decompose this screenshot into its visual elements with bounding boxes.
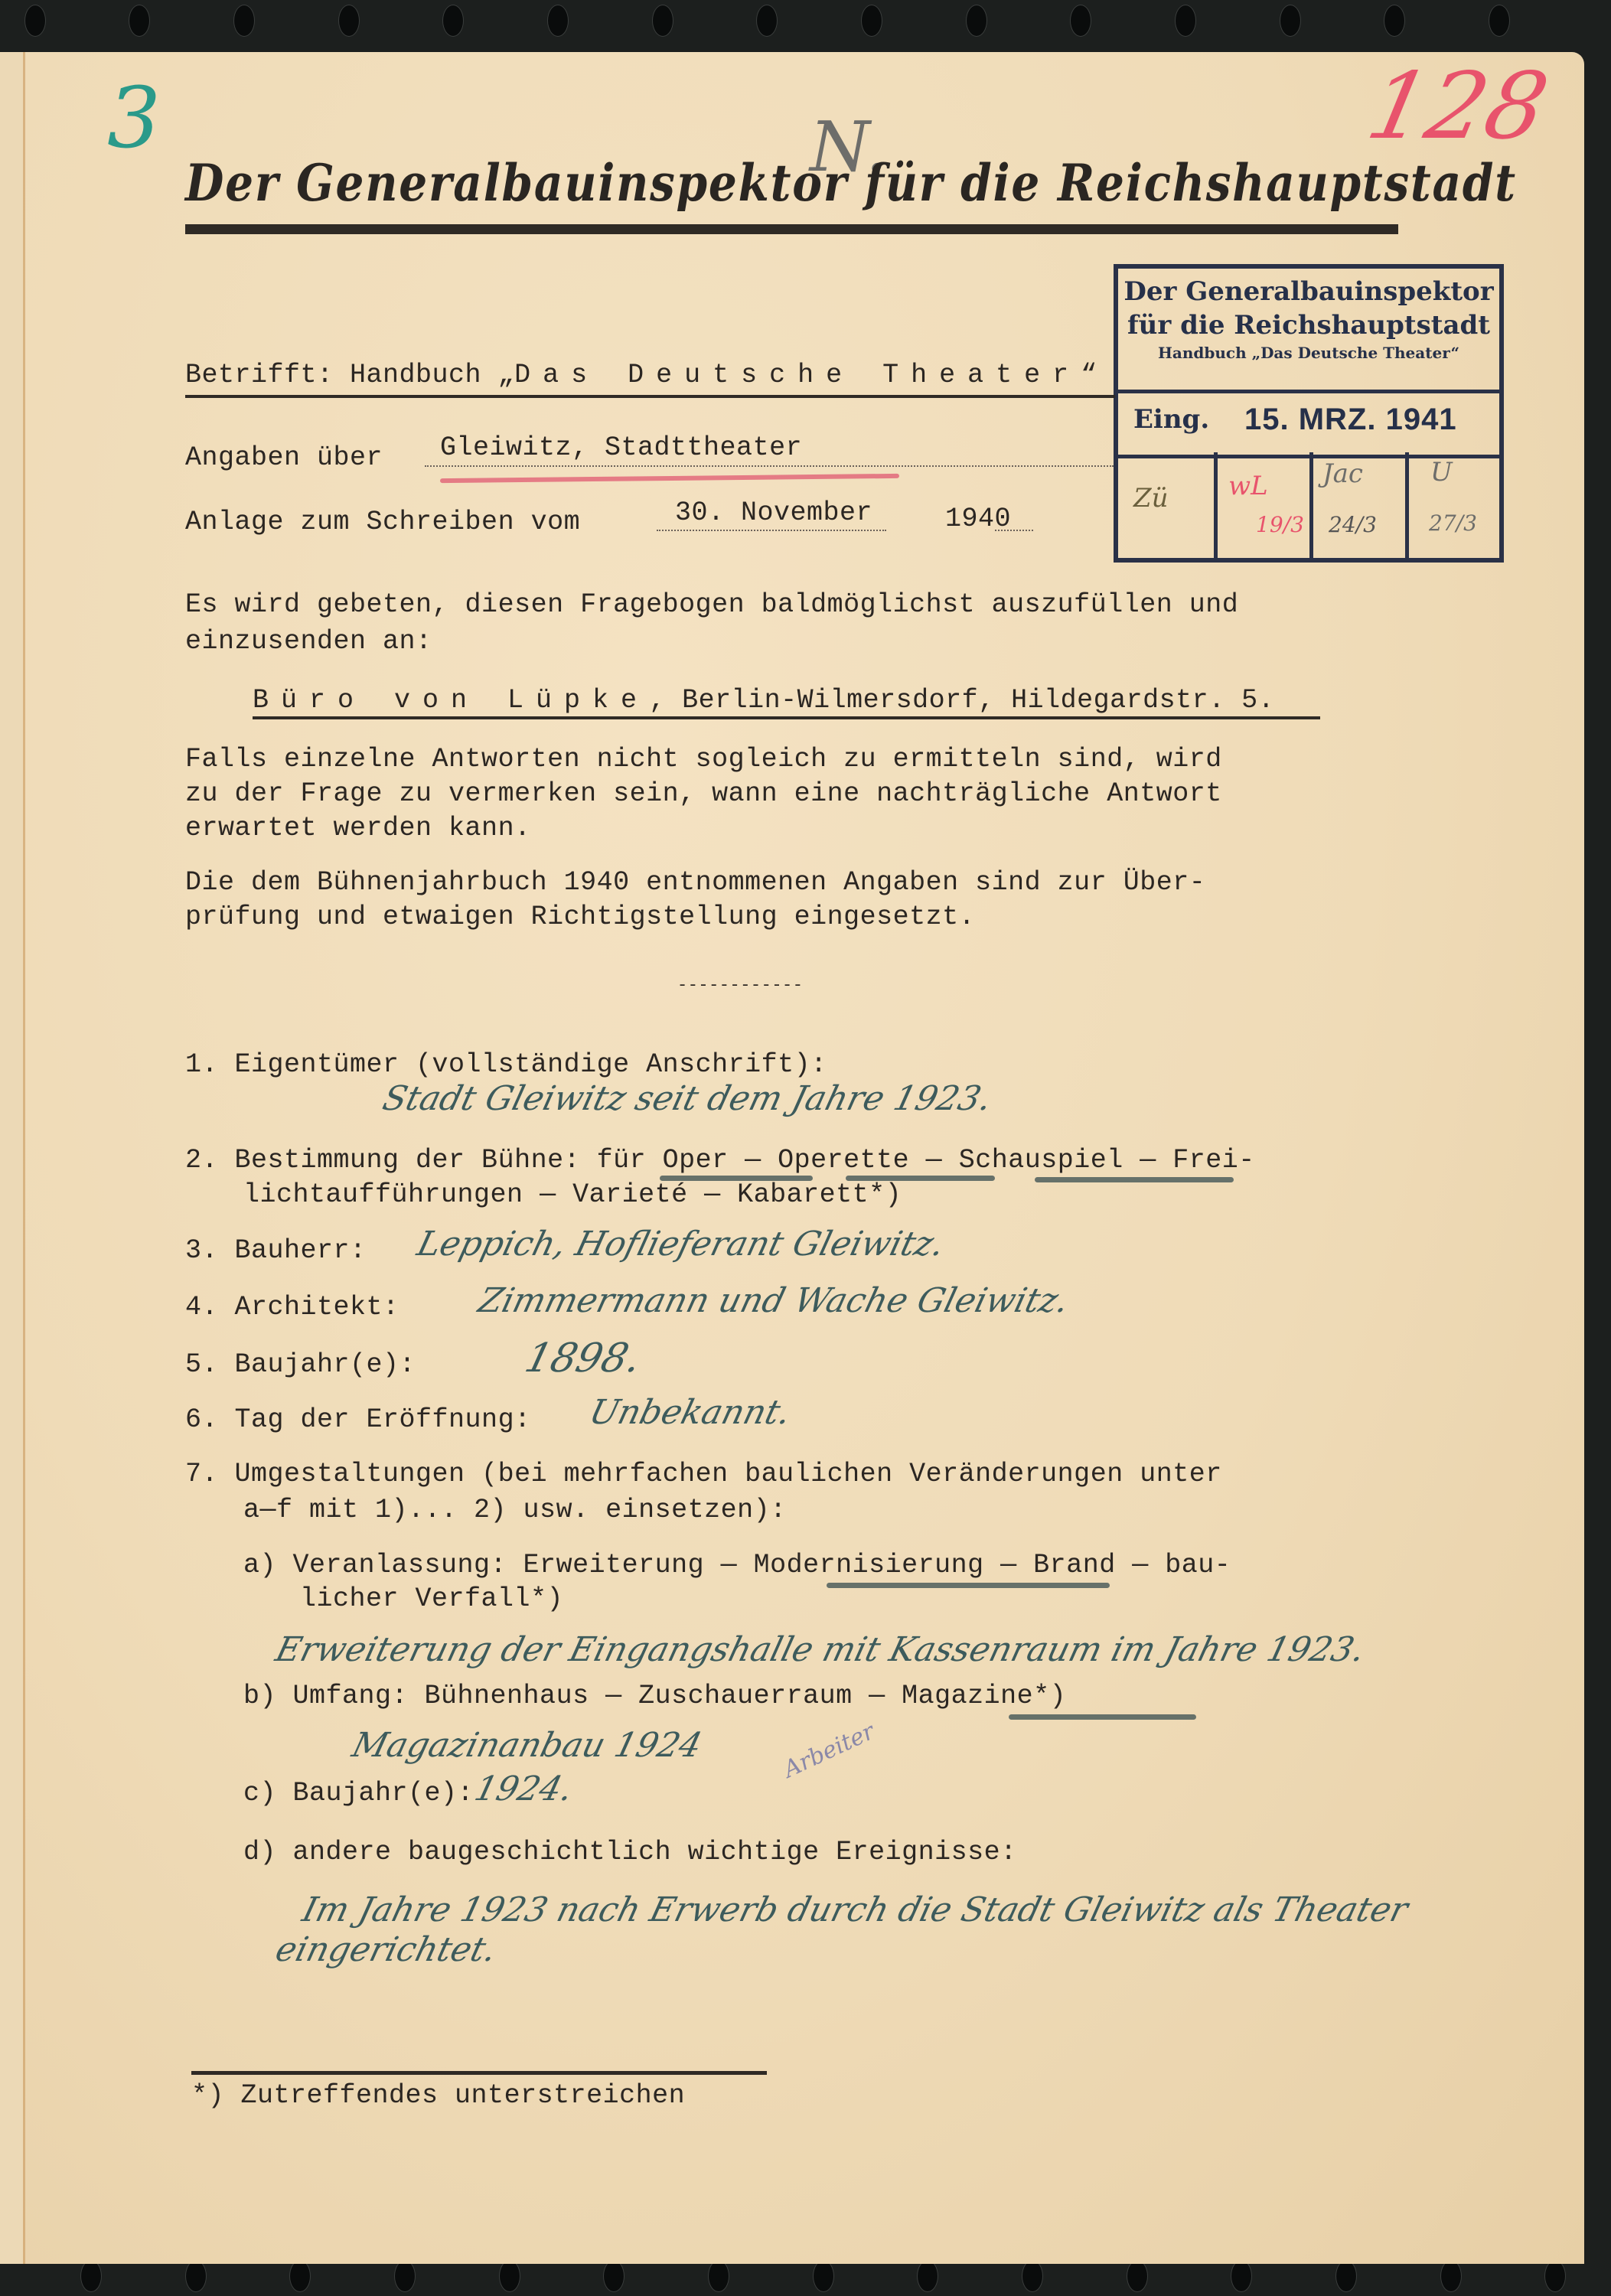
- folio-number-red: 128: [1358, 54, 1557, 160]
- attachment-label: Anlage zum Schreiben vom: [185, 507, 580, 537]
- punch-hole: [708, 2260, 729, 2292]
- subject-underline: [185, 395, 1115, 398]
- option-kabarett: Kabarett*): [737, 1179, 902, 1210]
- punch-hole: [1440, 2260, 1462, 2292]
- punch-hole: [289, 2260, 311, 2292]
- question-6-label: 6. Tag der Eröffnung:: [185, 1404, 531, 1435]
- question-7a-answer: Erweiterung der Eingangshalle mit Kassen…: [272, 1630, 1369, 1669]
- punch-hole: [861, 5, 882, 37]
- punch-hole: [1280, 5, 1301, 37]
- question-7-line-1: 7. Umgestaltungen (bei mehrfachen baulic…: [185, 1459, 1222, 1489]
- punch-hole: [442, 5, 464, 37]
- scanner-holes-top: [0, 0, 1611, 46]
- question-7a-prefix: a) Veranlassung: Erweiterung —: [243, 1550, 754, 1580]
- attachment-date: 30. November: [675, 497, 872, 528]
- question-2-label: 2. Bestimmung der Bühne:: [185, 1145, 597, 1176]
- address-line: Büro von Lüpke, Berlin-Wilmersdorf, Hild…: [253, 685, 1274, 716]
- punch-hole: [756, 5, 778, 37]
- punch-hole: [1070, 5, 1091, 37]
- punch-hole: [185, 2260, 207, 2292]
- punch-hole: [233, 5, 255, 37]
- subject-label: Betrifft: Handbuch „: [185, 360, 514, 390]
- stamp-received-date: 15. MRZ. 1941: [1244, 403, 1457, 437]
- punch-hole: [1489, 5, 1510, 37]
- underline-operette: [846, 1176, 995, 1181]
- note-line-3: erwartet werden kann.: [185, 813, 531, 843]
- request-line-2: einzusenden an:: [185, 626, 432, 657]
- punch-hole: [1335, 2260, 1357, 2292]
- stamp-cell-2: wL 19/3: [1218, 452, 1313, 559]
- underline-schauspiel: [1035, 1177, 1234, 1182]
- footnote-text: *) Zutreffendes unterstreichen: [191, 2080, 685, 2111]
- question-1-answer: Stadt Gleiwitz seit dem Jahre 1923.: [379, 1079, 996, 1118]
- initial-date: 24/3: [1329, 512, 1377, 537]
- initial-mark: U: [1430, 457, 1453, 488]
- punch-hole: [1384, 5, 1405, 37]
- question-7b-line: b) Umfang: Bühnenhaus — Zuschauerraum — …: [243, 1681, 1066, 1711]
- question-1-label: 1. Eigentümer (vollständige Anschrift):: [185, 1049, 827, 1080]
- stamp-cell-4: U 27/3: [1409, 452, 1499, 559]
- punch-hole: [652, 5, 673, 37]
- underline-magazine: [1009, 1714, 1196, 1720]
- question-6-answer: Unbekannt.: [585, 1393, 795, 1432]
- about-value: Gleiwitz, Stadttheater: [440, 432, 802, 463]
- subject-quote: “: [1081, 360, 1097, 390]
- question-7c-answer: 1924.: [471, 1769, 577, 1808]
- question-7a-suffix: — Brand — bau-: [984, 1550, 1231, 1580]
- punch-hole: [1231, 2260, 1252, 2292]
- punch-hole: [1175, 5, 1196, 37]
- stamp-date-row: Eing. 15. MRZ. 1941: [1118, 390, 1499, 458]
- stamp-line-3: Handbuch „Das Deutsche Theater“: [1118, 344, 1499, 362]
- question-7b-suffix: *): [1033, 1681, 1066, 1711]
- punch-hole: [603, 2260, 625, 2292]
- option-freilicht: lichtaufführungen: [243, 1179, 523, 1210]
- question-5-answer: 1898.: [520, 1336, 646, 1381]
- option-modernisierung: Modernisierung: [754, 1550, 984, 1580]
- question-3-label: 3. Bauherr:: [185, 1235, 367, 1266]
- punch-hole: [338, 5, 360, 37]
- address-street: , Berlin-Wilmersdorf, Hildegardstr. 5.: [649, 685, 1274, 716]
- punch-hole: [129, 5, 150, 37]
- question-7d-answer-line-2: eingerichtet.: [272, 1930, 501, 1969]
- about-label: Angaben über: [185, 442, 383, 473]
- initial-mark: wL: [1228, 471, 1268, 501]
- initial-date: 19/3: [1256, 512, 1304, 537]
- stamp-cell-1: Zü: [1118, 452, 1218, 559]
- punch-hole: [966, 5, 987, 37]
- underline-oper: [660, 1176, 813, 1181]
- punch-hole: [24, 5, 46, 37]
- question-4-answer: Zimmermann und Wache Gleiwitz.: [474, 1281, 1073, 1320]
- subject-line: Betrifft: Handbuch „Das Deutsche Theater…: [185, 360, 1097, 390]
- attachment-year: 1940: [945, 504, 1011, 534]
- letterhead-title: Der Generalbauinspektor für die Reichsha…: [185, 153, 1517, 213]
- initial-mark: Jac: [1322, 458, 1363, 489]
- question-7-line-2: a—f mit 1)... 2) usw. einsetzen):: [243, 1495, 787, 1525]
- question-5-label: 5. Baujahr(e):: [185, 1349, 416, 1380]
- question-7b-answer: Magazinanbau 1924: [348, 1726, 706, 1765]
- punch-hole: [1544, 2260, 1566, 2292]
- punch-hole: [499, 2260, 520, 2292]
- subject-title: Das Deutsche Theater: [514, 360, 1081, 390]
- letterhead-rule: [185, 224, 1398, 234]
- stamp-line-1: Der Generalbauinspektor: [1118, 275, 1499, 308]
- punch-hole: [917, 2260, 938, 2292]
- section-separator: ------------: [677, 976, 803, 995]
- note-line-2: zu der Frage zu vermerken sein, wann ein…: [185, 778, 1222, 809]
- stamp-line-2: für die Reichshauptstadt: [1118, 308, 1499, 342]
- received-stamp: Der Generalbauinspektor für die Reichsha…: [1114, 264, 1504, 563]
- source-line-1: Die dem Bühnenjahrbuch 1940 entnommenen …: [185, 867, 1205, 898]
- option-frei: Frei-: [1172, 1145, 1255, 1176]
- initial-mark: Zü: [1133, 483, 1169, 514]
- question-7a-line-2: licher Verfall*): [300, 1583, 563, 1614]
- question-7c-label: c) Baujahr(e):: [243, 1778, 474, 1808]
- punch-hole: [80, 2260, 102, 2292]
- note-line-1: Falls einzelne Antworten nicht sogleich …: [185, 744, 1222, 775]
- question-7b-prefix: b) Umfang: Bühnenhaus — Zuschauerraum —: [243, 1681, 902, 1711]
- option-oper: für Oper: [597, 1145, 729, 1176]
- stamp-cell-3: Jac 24/3: [1313, 452, 1409, 559]
- page-fold: [23, 52, 25, 2264]
- stamp-initial-cells: Zü wL 19/3 Jac 24/3 U 27/3: [1118, 452, 1499, 559]
- about-dotted-line: [425, 465, 1114, 467]
- attachment-dotted-line-1: [657, 530, 886, 531]
- punch-hole: [1022, 2260, 1043, 2292]
- question-7a-line-1: a) Veranlassung: Erweiterung — Modernisi…: [243, 1550, 1231, 1580]
- initial-date: 27/3: [1429, 510, 1477, 536]
- stamp-heading: Der Generalbauinspektor für die Reichsha…: [1118, 275, 1499, 342]
- request-line-1: Es wird gebeten, diesen Fragebogen baldm…: [185, 589, 1238, 620]
- question-4-label: 4. Architekt:: [185, 1292, 399, 1322]
- source-line-2: prüfung und etwaigen Richtigstellung ein…: [185, 902, 975, 932]
- punch-hole: [813, 2260, 834, 2292]
- question-2-line-1: 2. Bestimmung der Bühne: für Oper — Oper…: [185, 1145, 1255, 1176]
- address-name: Büro von Lüpke: [253, 685, 649, 716]
- question-7d-answer-line-1: Im Jahre 1923 nach Erwerb durch die Stad…: [298, 1890, 1412, 1929]
- stamp-received-label: Eing.: [1133, 404, 1209, 435]
- option-operette: Operette: [778, 1145, 909, 1176]
- punch-hole: [547, 5, 569, 37]
- punch-hole: [1127, 2260, 1148, 2292]
- question-7d-label: d) andere baugeschichtlich wichtige Erei…: [243, 1837, 1017, 1867]
- underline-modernisierung: [827, 1583, 1110, 1588]
- address-underline: [253, 716, 1320, 719]
- question-2-line-2: lichtaufführungen — Varieté — Kabarett*): [243, 1179, 902, 1210]
- footnote-rule: [191, 2071, 767, 2075]
- option-schauspiel: Schauspiel: [959, 1145, 1123, 1176]
- option-magazine: Magazine: [902, 1681, 1033, 1711]
- punch-hole: [394, 2260, 416, 2292]
- question-3-answer: Leppich, Hoflieferant Gleiwitz.: [413, 1225, 948, 1264]
- option-variete: Varieté: [572, 1179, 688, 1210]
- archive-mark-green: 3: [107, 69, 161, 167]
